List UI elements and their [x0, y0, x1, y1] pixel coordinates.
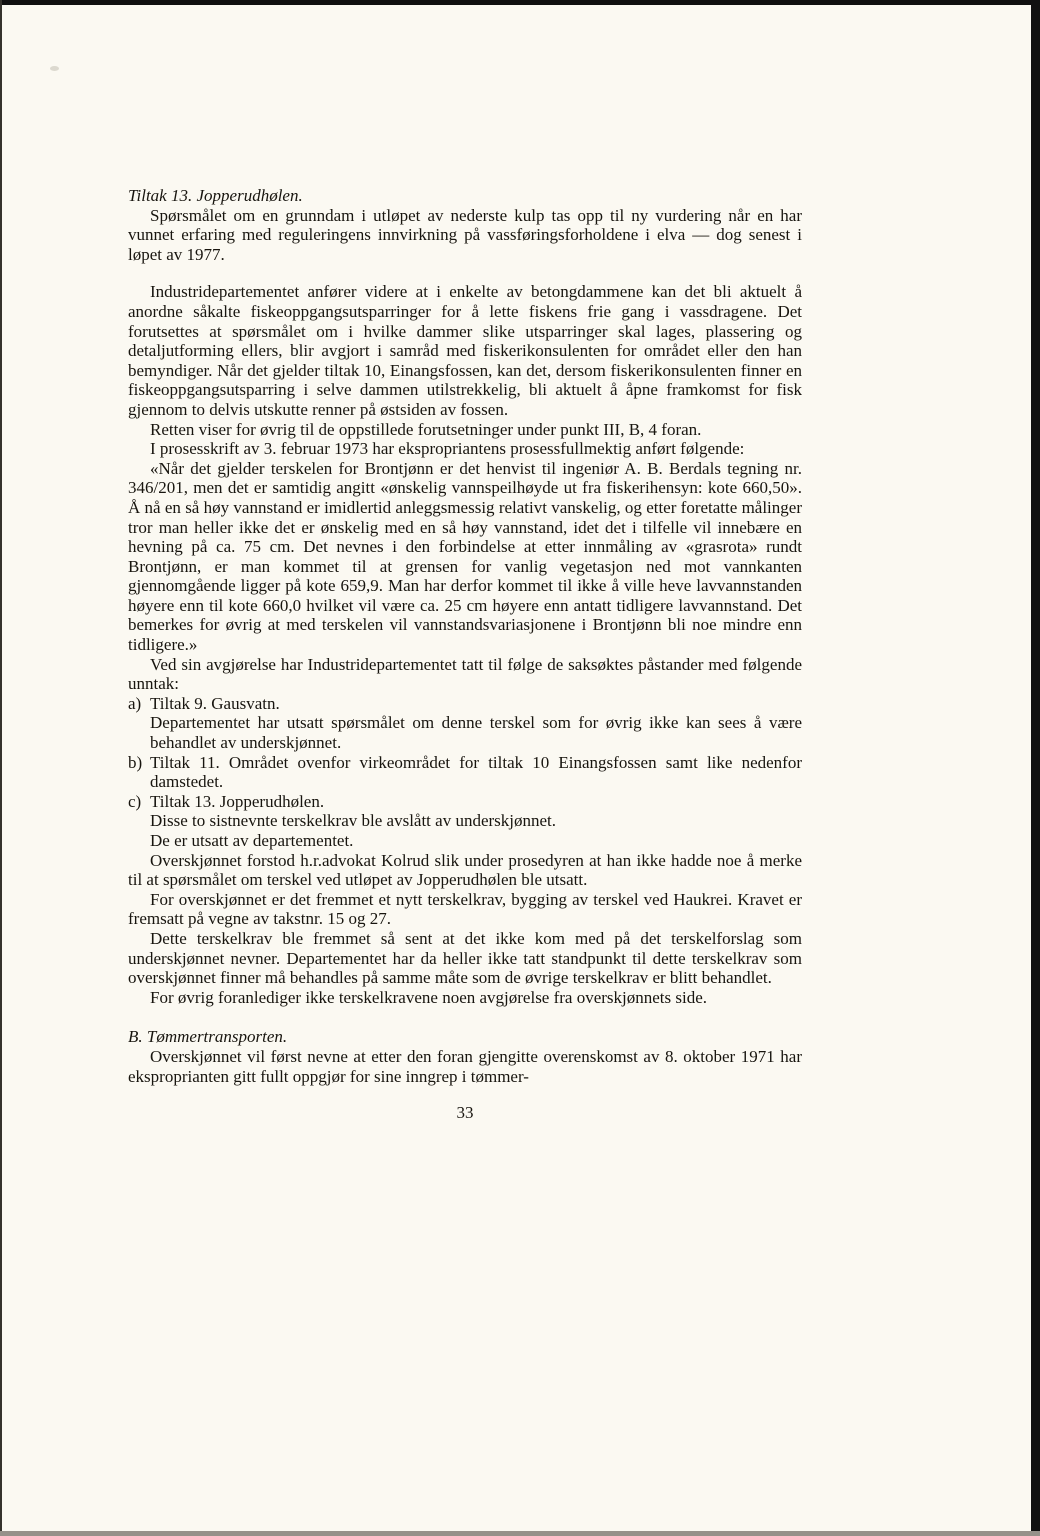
list-item-c-label: c)	[128, 792, 141, 812]
scan-edge-top	[0, 0, 1040, 5]
paragraph-retten-viser: Retten viser for øvrig til de oppstilled…	[128, 420, 802, 440]
scan-edge-right	[1031, 0, 1040, 1536]
list-item-a-line-2: Departementet har utsatt spørsmålet om d…	[150, 713, 802, 752]
paragraph-for-ovrig: For øvrig foranlediger ikke terskelkrave…	[128, 988, 802, 1008]
list-item-b-line-1: Tiltak 11. Området ovenfor virkeområdet …	[150, 753, 802, 792]
list-item-a-line-1: Tiltak 9. Gausvatn.	[150, 694, 802, 714]
section-heading-tommertransporten: B. Tømmertransporten.	[128, 1027, 802, 1047]
list-item-b: b) Tiltak 11. Området ovenfor virkeområd…	[128, 753, 802, 792]
page-number: 33	[128, 1103, 802, 1123]
page-text-column: Tiltak 13. Jopperudhølen. Spørsmålet om …	[128, 186, 802, 1123]
scan-smudge	[50, 66, 59, 71]
paragraph-nytt-terskelkrav: For overskjønnet er det fremmet et nytt …	[128, 890, 802, 929]
paragraph-grunndam: Spørsmålet om en grunndam i utløpet av n…	[128, 206, 802, 265]
paragraph-dette-terskelkrav: Dette terskelkrav ble fremmet så sent at…	[128, 929, 802, 988]
paragraph-tommertransport: Overskjønnet vil først nevne at etter de…	[128, 1047, 802, 1086]
paragraph-overskjonnet-forstod: Overskjønnet forstod h.r.advokat Kolrud …	[128, 851, 802, 890]
list-item-a: a) Tiltak 9. Gausvatn. Departementet har…	[128, 694, 802, 753]
list-item-c-line-2: Disse to sistnevnte terskelkrav ble avsl…	[150, 811, 802, 831]
scan-edge-left	[0, 0, 2, 1536]
list-item-a-label: a)	[128, 694, 141, 714]
paragraph-sitat-brontjonn: «Når det gjelder terskelen for Brontjønn…	[128, 459, 802, 655]
list-item-c-line-1: Tiltak 13. Jopperudhølen.	[150, 792, 802, 812]
paragraph-ved-sin-avgjorelse: Ved sin avgjørelse har Industrideparteme…	[128, 655, 802, 694]
list-item-c: c) Tiltak 13. Jopperudhølen. Disse to si…	[128, 792, 802, 851]
scanned-document-page: Tiltak 13. Jopperudhølen. Spørsmålet om …	[0, 0, 1040, 1536]
list-item-b-label: b)	[128, 753, 142, 773]
section-heading-tiltak-13: Tiltak 13. Jopperudhølen.	[128, 186, 802, 206]
list-item-c-line-3: De er utsatt av departementet.	[150, 831, 802, 851]
paragraph-industridepartementet: Industridepartementet anfører videre at …	[128, 282, 802, 419]
scan-edge-bottom	[0, 1531, 1040, 1536]
paragraph-prosesskrift: I prosesskrift av 3. februar 1973 har ek…	[128, 439, 802, 459]
